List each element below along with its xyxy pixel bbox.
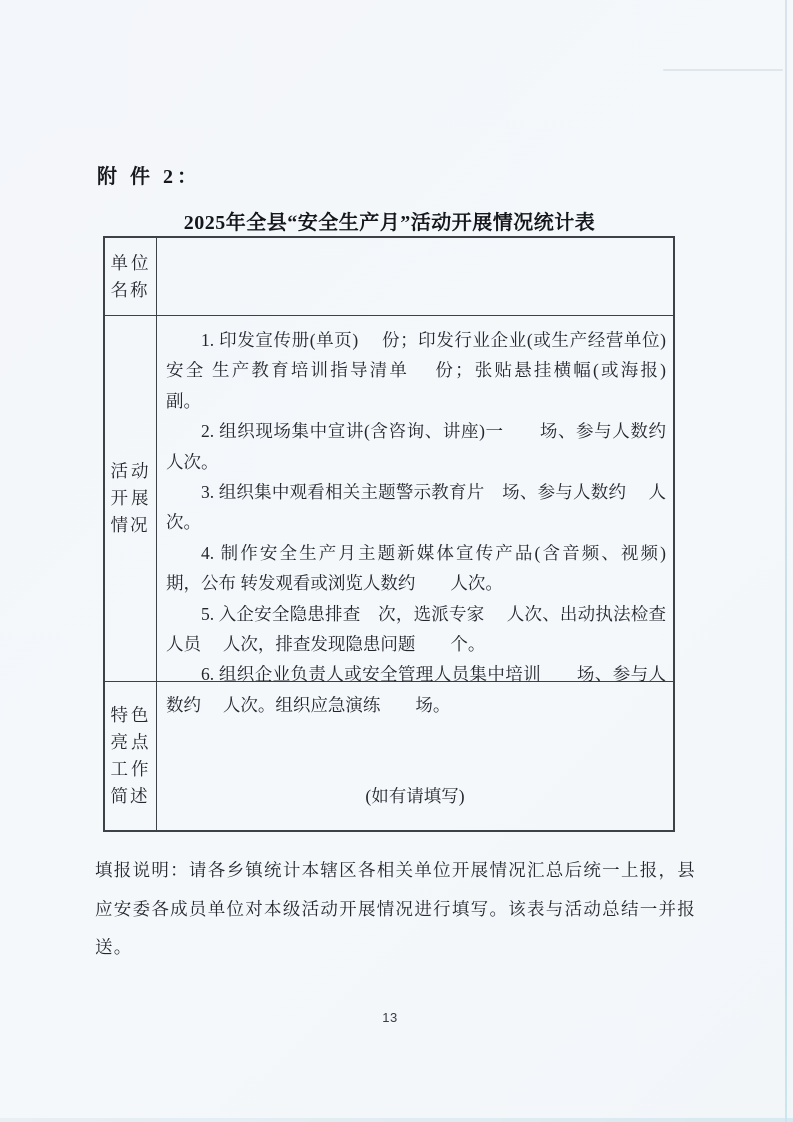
scan-artifact-right-edge <box>785 0 787 1122</box>
document-title: 2025年全县“安全生产月”活动开展情况统计表 <box>103 206 676 235</box>
feature-content-cell: (如有请填写) <box>157 682 673 830</box>
activity-item-1: 1. 印发宣传册(单页) 份；印发行业企业(或生产经营单位)安全 生产教育培训指… <box>166 325 666 416</box>
activity-content-cell: 1. 印发宣传册(单页) 份；印发行业企业(或生产经营单位)安全 生产教育培训指… <box>157 316 673 681</box>
activity-item-list: 1. 印发宣传册(单页) 份；印发行业企业(或生产经营单位)安全 生产教育培训指… <box>157 316 673 720</box>
statistics-table: 单位名称 活动开展情况 1. 印发宣传册(单页) 份；印发行业企业(或生产经营单… <box>103 236 675 832</box>
scan-artifact-bottom-edge <box>0 1118 793 1122</box>
activity-item-2: 2. 组织现场集中宣讲(含咨询、讲座)一 场、参与人数约 人次。 <box>166 416 666 477</box>
table-row-activity: 活动开展情况 1. 印发宣传册(单页) 份；印发行业企业(或生产经营单位)安全 … <box>105 316 673 682</box>
attachment-label: 附 件 2： <box>97 160 201 189</box>
scan-artifact-smudge <box>663 69 783 71</box>
page-number: 13 <box>0 1010 780 1025</box>
row-header-label: 特色亮点工作简述 <box>111 702 151 810</box>
unit-name-blank-cell <box>157 238 673 315</box>
activity-item-3: 3. 组织集中观看相关主题警示教育片 场、参与人数约 人次。 <box>166 477 666 538</box>
row-header-label: 单位名称 <box>111 250 151 304</box>
row-header-label: 活动开展情况 <box>111 458 151 539</box>
feature-placeholder-text: (如有请填写) <box>157 682 673 830</box>
row-header-activity: 活动开展情况 <box>105 316 157 681</box>
table-row-unit-name: 单位名称 <box>105 238 673 316</box>
table-row-feature-highlights: 特色亮点工作简述 (如有请填写) <box>105 682 673 830</box>
row-header-feature-highlights: 特色亮点工作简述 <box>105 682 157 830</box>
activity-item-4: 4. 制作安全生产月主题新媒体宣传产品(含音频、视频) 期，公布 转发观看或浏览… <box>166 538 666 599</box>
activity-item-5: 5. 入企安全隐患排查 次，选派专家 人次、出动执法检查人员 人次，排查发现隐患… <box>166 599 666 660</box>
filling-instructions: 填报说明：请各乡镇统计本辖区各相关单位开展情况汇总后统一上报，县应安委各成员单位… <box>95 851 696 967</box>
row-header-unit-name: 单位名称 <box>105 238 157 315</box>
